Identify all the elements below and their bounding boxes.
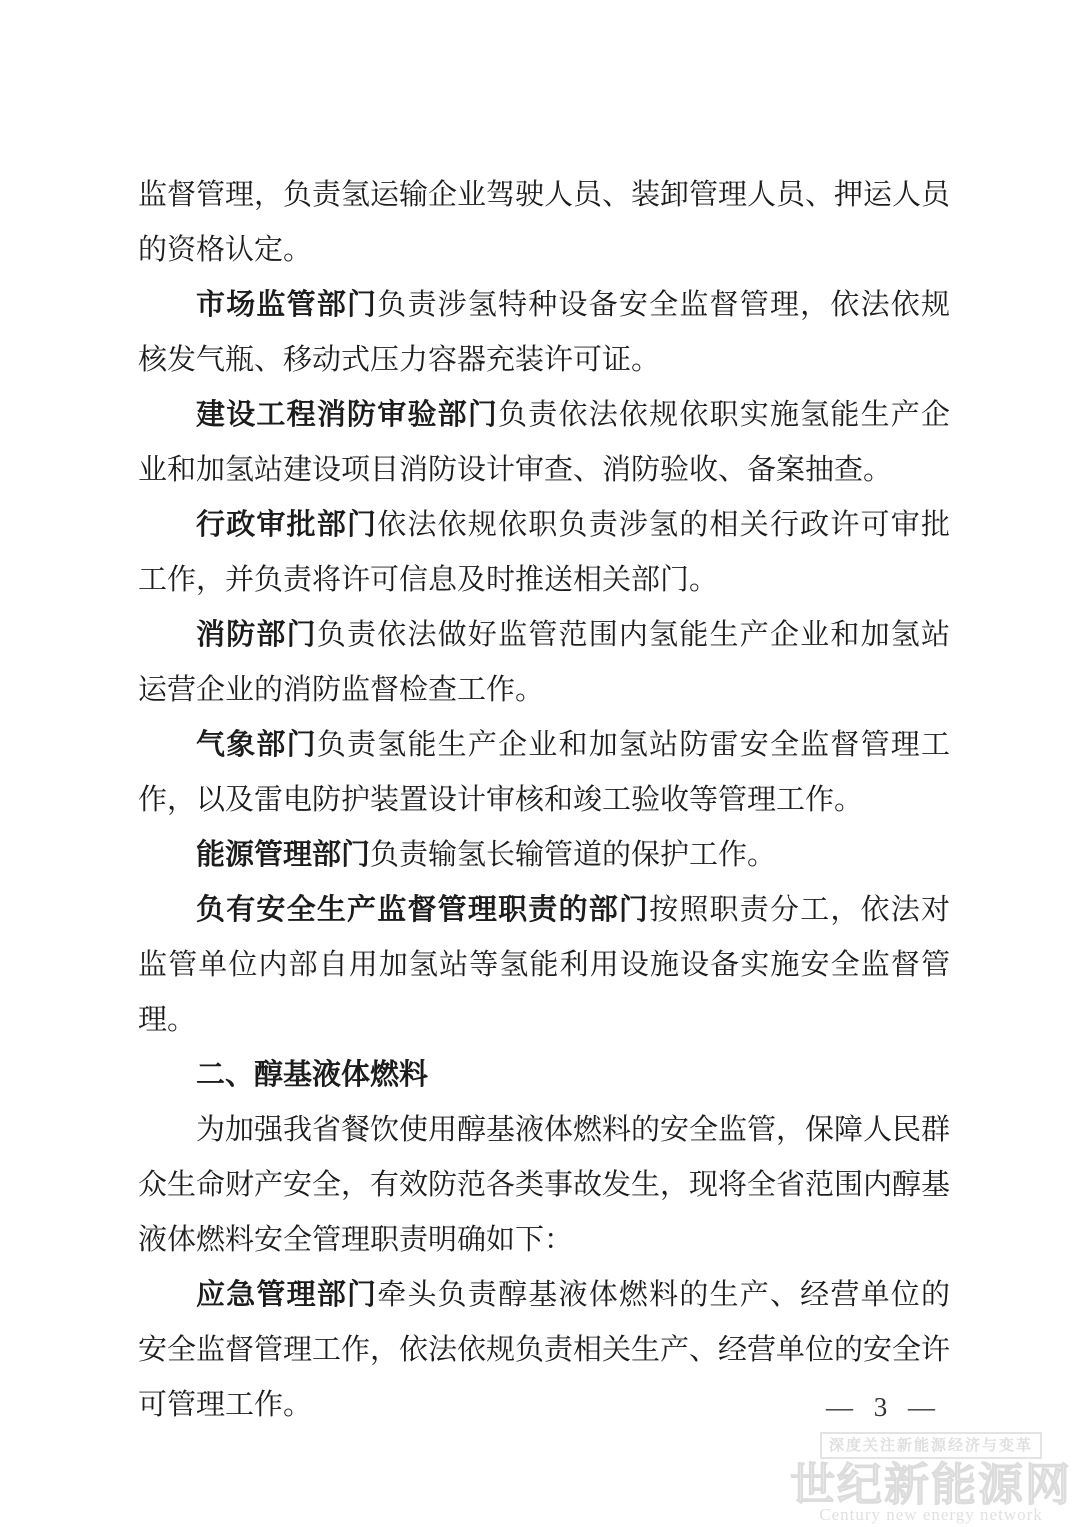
paragraph-text: 监督管理，负责氢运输企业驾驶人员、装卸管理人员、押运人员的资格认定。 [138, 179, 950, 266]
paragraph-lead: 负有安全生产监督管理职责的部门 [196, 894, 649, 926]
watermark: 深度关注新能源经济与变革 世纪新能源网 Century new energy n… [790, 1432, 1072, 1525]
watermark-brand: 世纪新能源网 [790, 1462, 1072, 1507]
paragraph-lead: 气象部门 [196, 729, 317, 761]
watermark-tagline: 深度关注新能源经济与变革 [820, 1432, 1042, 1459]
document-body: 监督管理，负责氢运输企业驾驶人员、装卸管理人员、押运人员的资格认定。 市场监管部… [138, 168, 950, 1433]
paragraph-administrative-approval: 行政审批部门依法依规依职负责涉氢的相关行政许可审批工作，并负责将许可信息及时推送… [138, 498, 950, 608]
paragraph-construction-fire-review: 建设工程消防审验部门负责依法依规依职实施氢能生产企业和加氢站建设项目消防设计审查… [138, 388, 950, 498]
paragraph-text: 为加强我省餐饮使用醇基液体燃料的安全监管，保障人民群众生命财产安全，有效防范各类… [138, 1114, 950, 1256]
paragraph-lead: 应急管理部门 [196, 1279, 377, 1311]
paragraph-energy-administration: 能源管理部门负责输氢长输管道的保护工作。 [138, 828, 950, 883]
paragraph-lead: 行政审批部门 [196, 509, 377, 541]
paragraph-lead: 市场监管部门 [196, 289, 377, 321]
document-page: 监督管理，负责氢运输企业驾驶人员、装卸管理人员、押运人员的资格认定。 市场监管部… [0, 0, 1080, 1527]
paragraph-fire-department: 消防部门负责依法做好监管范围内氢能生产企业和加氢站运营企业的消防监督检查工作。 [138, 608, 950, 718]
paragraph-lead: 建设工程消防审验部门 [196, 399, 498, 431]
paragraph-lead: 能源管理部门 [196, 839, 370, 871]
section-heading-alcohol-based-fuel: 二、醇基液体燃料 [138, 1048, 950, 1103]
paragraph-meteorological: 气象部门负责氢能生产企业和加氢站防雷安全监督管理工作，以及雷电防护装置设计审核和… [138, 718, 950, 828]
paragraph-alcohol-fuel-intro: 为加强我省餐饮使用醇基液体燃料的安全监管，保障人民群众生命财产安全，有效防范各类… [138, 1103, 950, 1268]
paragraph-production-safety-departments: 负有安全生产监督管理职责的部门按照职责分工，依法对监管单位内部自用加氢站等氢能利… [138, 883, 950, 1048]
paragraph-lead: 消防部门 [196, 619, 317, 651]
paragraph-market-supervision: 市场监管部门负责涉氢特种设备安全监督管理，依法依规核发气瓶、移动式压力容器充装许… [138, 278, 950, 388]
page-number: — 3 — [826, 1392, 942, 1423]
watermark-english-caption: Century new energy network [819, 1505, 1043, 1525]
paragraph-text: 负责输氢长输管道的保护工作。 [370, 839, 776, 871]
paragraph-transport-continuation: 监督管理，负责氢运输企业驾驶人员、装卸管理人员、押运人员的资格认定。 [138, 168, 950, 278]
